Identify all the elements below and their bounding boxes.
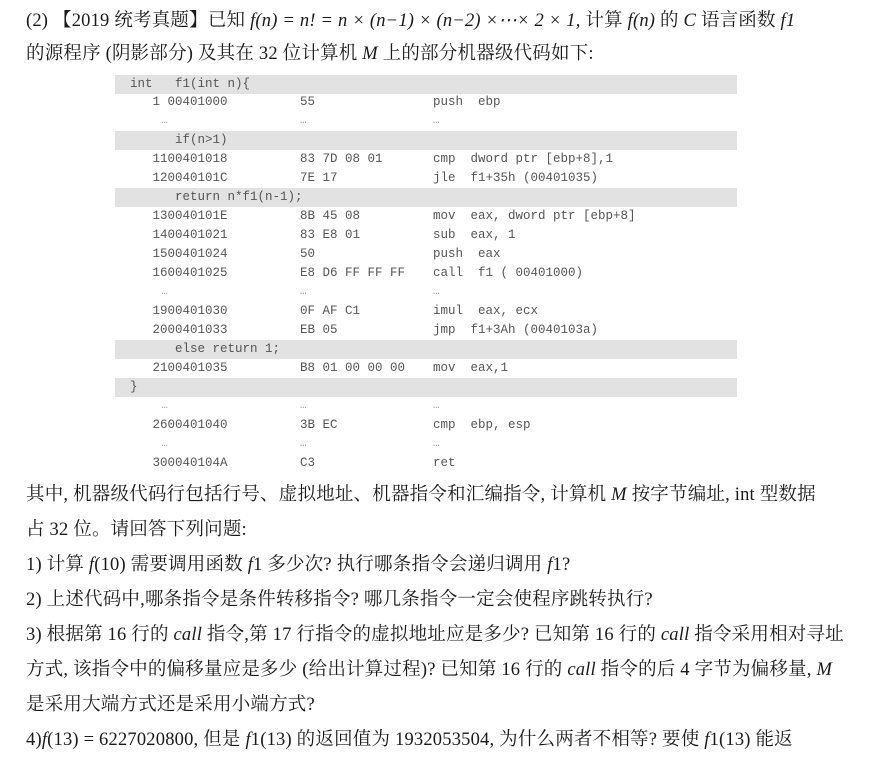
source-code-text: return n*f1(n-1); — [115, 188, 303, 207]
call-keyword: call — [661, 625, 690, 645]
q-text: 是采用大端方式还是采用小端方式? — [26, 695, 315, 715]
line-and-address: 300040104A — [115, 454, 228, 473]
machine-bytes: … — [300, 283, 307, 302]
line-and-address: … — [115, 283, 168, 302]
call-keyword: call — [174, 625, 203, 645]
q-text: (13) = 6227020800, 但是 — [47, 730, 245, 750]
body-text: 占 32 位。请回答下列问题: — [26, 520, 247, 540]
line-and-address: 1400401021 — [115, 226, 228, 245]
assembly-instruction: push ebp — [433, 93, 501, 112]
question-2: 2) 上述代码中,哪条指令是条件转移指令? 哪几条指令一定会使程序跳转执行? — [26, 589, 653, 611]
machine-bytes: 8B 45 08 — [300, 207, 360, 226]
q-text: 1(13) 能返 — [710, 730, 793, 750]
fn-symbol: f(n) — [628, 11, 656, 31]
line-and-address: … — [115, 435, 168, 454]
question-3-line-1: 3) 根据第 16 行的 call 指令,第 17 行指令的虚拟地址应是多少? … — [26, 624, 844, 646]
body-text: 其中, 机器级代码行包括行号、虚拟地址、机器指令和汇编指令, 计算机 — [26, 485, 611, 505]
machine-bytes: E8 D6 FF FF FF — [300, 264, 405, 283]
asm-row: 2000401033EB 05jmp f1+3Ah (0040103a) — [115, 321, 737, 340]
line-and-address: … — [115, 397, 168, 416]
source-line: return n*f1(n-1); — [115, 188, 737, 207]
source-line: else return 1; — [115, 340, 737, 359]
machine-bytes: C3 — [300, 454, 315, 473]
q-text: 1 多少次? 执行哪条指令会递归调用 — [253, 555, 547, 575]
c-lang-symbol: C — [684, 11, 697, 31]
machine-bytes: 83 7D 08 01 — [300, 150, 383, 169]
ellipsis-row: ……… — [115, 283, 737, 302]
line-and-address: 1600401025 — [115, 264, 228, 283]
line-and-address: 1 00401000 — [115, 93, 228, 112]
q-text: 指令的后 4 字节为偏移量, — [596, 660, 817, 680]
asm-row: 1600401025E8 D6 FF FF FFcall f1 ( 004010… — [115, 264, 737, 283]
source-line: if(n>1) — [115, 131, 737, 150]
intro-text: 的 — [655, 11, 683, 31]
line-and-address: 2000401033 — [115, 321, 228, 340]
machine-bytes: EB 05 — [300, 321, 338, 340]
assembly-instruction: cmp dword ptr [ebp+8],1 — [433, 150, 613, 169]
f1-symbol: f1 — [781, 11, 796, 31]
machine-bytes: … — [300, 435, 307, 454]
machine-m-symbol: M — [362, 44, 378, 64]
intro-text: , 计算 — [576, 11, 628, 31]
asm-row: 140040102183 E8 01sub eax, 1 — [115, 226, 737, 245]
source-line: int f1(int n){ — [115, 75, 737, 94]
source-code-text: if(n>1) — [115, 131, 228, 150]
line-and-address: … — [115, 112, 168, 131]
machine-m-symbol: M — [816, 660, 832, 680]
paragraph-1: 其中, 机器级代码行包括行号、虚拟地址、机器指令和汇编指令, 计算机 M 按字节… — [26, 484, 816, 506]
assembly-instruction: imul eax, ecx — [433, 302, 538, 321]
q-text: 指令采用相对寻址 — [689, 625, 843, 645]
intro-text: (2) 【2019 统考真题】已知 — [26, 11, 250, 31]
asm-row: 150040102450push eax — [115, 245, 737, 264]
machine-bytes: 3B EC — [300, 416, 338, 435]
intro-text: 上的部分机器级代码如下: — [378, 44, 594, 64]
line-and-address: 1900401030 — [115, 302, 228, 321]
asm-row: 300040104AC3ret — [115, 454, 737, 473]
asm-row: 2100401035B8 01 00 00 00mov eax,1 — [115, 359, 737, 378]
intro-line-1: (2) 【2019 统考真题】已知 f(n) = n! = n × (n−1) … — [26, 10, 795, 32]
line-and-address: 1500401024 — [115, 245, 228, 264]
source-line: } — [115, 378, 737, 397]
line-and-address: 2100401035 — [115, 359, 228, 378]
machine-bytes: B8 01 00 00 00 — [300, 359, 405, 378]
assembly-instruction: … — [433, 283, 440, 302]
code-listing: int f1(int n){ 1 0040100055push ebp ……… … — [115, 74, 737, 474]
line-and-address: 120040101C — [115, 169, 228, 188]
intro-text: 的源程序 (阴影部分) 及其在 32 位计算机 — [26, 44, 362, 64]
source-code-text: else return 1; — [115, 340, 280, 359]
assembly-instruction: mov eax, dword ptr [ebp+8] — [433, 207, 636, 226]
ellipsis-row: ……… — [115, 112, 737, 131]
assembly-instruction: … — [433, 397, 440, 416]
intro-text: 语言函数 — [696, 11, 780, 31]
assembly-instruction: jle f1+35h (00401035) — [433, 169, 598, 188]
paragraph-2: 占 32 位。请回答下列问题: — [26, 519, 247, 541]
assembly-instruction: cmp ebp, esp — [433, 416, 531, 435]
ellipsis-row: ……… — [115, 397, 737, 416]
q-text: 1) 计算 — [26, 555, 89, 575]
assembly-instruction: sub eax, 1 — [433, 226, 516, 245]
line-and-address: 130040101E — [115, 207, 228, 226]
assembly-instruction: … — [433, 435, 440, 454]
q-text: 方式, 该指令中的偏移量应是多少 (给出计算过程)? 已知第 16 行的 — [26, 660, 567, 680]
machine-bytes: 50 — [300, 245, 315, 264]
source-code-text: } — [115, 378, 138, 397]
q-text: 4) — [26, 730, 42, 750]
asm-row: 1 0040100055push ebp — [115, 93, 737, 112]
ellipsis-row: ……… — [115, 435, 737, 454]
assembly-instruction: jmp f1+3Ah (0040103a) — [433, 321, 598, 340]
question-3-line-2: 方式, 该指令中的偏移量应是多少 (给出计算过程)? 已知第 16 行的 cal… — [26, 659, 832, 681]
body-text: 按字节编址, int 型数据 — [627, 485, 816, 505]
q-text: (10) 需要调用函数 — [94, 555, 247, 575]
q-text: 2) 上述代码中,哪条指令是条件转移指令? 哪几条指令一定会使程序跳转执行? — [26, 590, 653, 610]
question-1: 1) 计算 f(10) 需要调用函数 f1 多少次? 执行哪条指令会递归调用 f… — [26, 554, 570, 576]
q-text: 1? — [553, 555, 571, 575]
asm-row: 26004010403B ECcmp ebp, esp — [115, 416, 737, 435]
q-text: 3) 根据第 16 行的 — [26, 625, 174, 645]
asm-row: 110040101883 7D 08 01cmp dword ptr [ebp+… — [115, 150, 737, 169]
q-text: 指令,第 17 行指令的虚拟地址应是多少? 已知第 16 行的 — [202, 625, 661, 645]
source-code-text: int f1(int n){ — [115, 75, 250, 94]
machine-bytes: … — [300, 112, 307, 131]
machine-bytes: 0F AF C1 — [300, 302, 360, 321]
assembly-instruction: push eax — [433, 245, 501, 264]
assembly-instruction: … — [433, 112, 440, 131]
factorial-formula: f(n) = n! = n × (n−1) × (n−2) ×⋯× 2 × 1 — [250, 11, 576, 31]
machine-m-symbol: M — [611, 485, 627, 505]
asm-row: 120040101C7E 17jle f1+35h (00401035) — [115, 169, 737, 188]
asm-row: 19004010300F AF C1imul eax, ecx — [115, 302, 737, 321]
line-and-address: 1100401018 — [115, 150, 228, 169]
q-text: 1(13) 的返回值为 1932053504, 为什么两者不相等? 要使 — [251, 730, 704, 750]
line-and-address: 2600401040 — [115, 416, 228, 435]
machine-bytes: 83 E8 01 — [300, 226, 360, 245]
question-4: 4)f(13) = 6227020800, 但是 f1(13) 的返回值为 19… — [26, 729, 793, 751]
machine-bytes: … — [300, 397, 307, 416]
intro-line-2: 的源程序 (阴影部分) 及其在 32 位计算机 M 上的部分机器级代码如下: — [26, 43, 594, 65]
assembly-instruction: mov eax,1 — [433, 359, 508, 378]
assembly-instruction: ret — [433, 454, 456, 473]
assembly-instruction: call f1 ( 00401000) — [433, 264, 583, 283]
question-3-line-3: 是采用大端方式还是采用小端方式? — [26, 694, 315, 716]
machine-bytes: 7E 17 — [300, 169, 338, 188]
asm-row: 130040101E8B 45 08mov eax, dword ptr [eb… — [115, 207, 737, 226]
call-keyword: call — [567, 660, 596, 680]
machine-bytes: 55 — [300, 93, 315, 112]
